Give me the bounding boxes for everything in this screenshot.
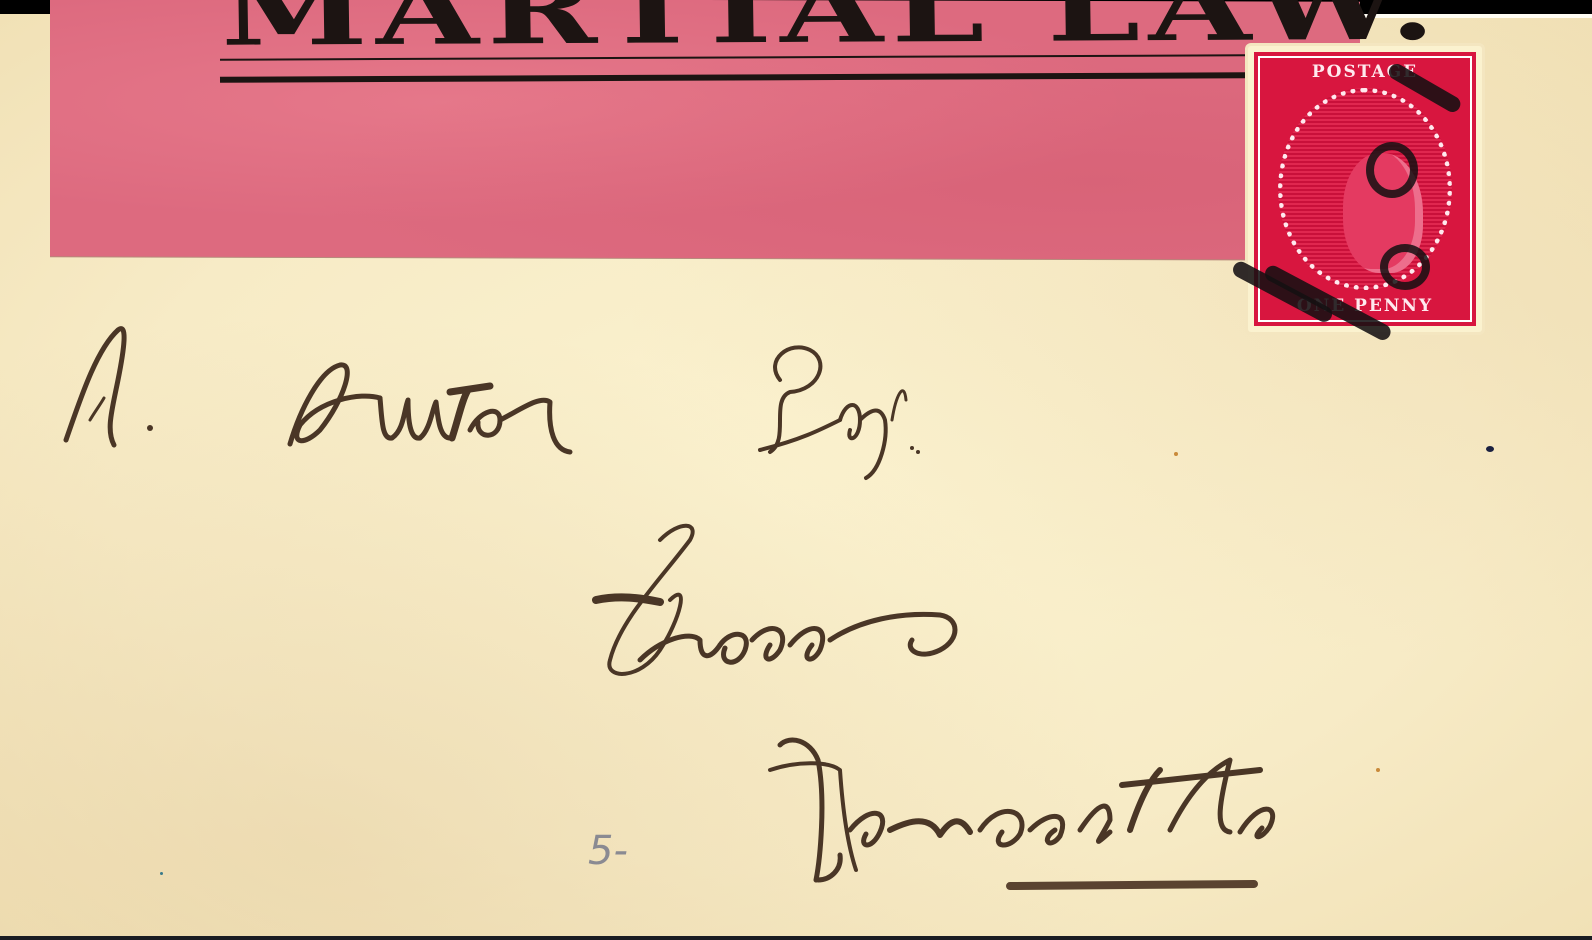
censor-label: MARTIAL LAW. [50,0,1360,260]
pencil-note: 5- [588,828,628,874]
ink-speck [1486,446,1494,452]
stamp-top-text: POSTAGE [1260,62,1470,82]
ink-speck [1376,768,1380,772]
postmark-digit [1366,142,1418,198]
censor-rule-thick [220,72,1296,83]
bottom-border [0,936,1592,940]
postmark-digit [1380,244,1430,290]
ink-speck [1174,452,1178,456]
ink-speck [160,872,163,875]
